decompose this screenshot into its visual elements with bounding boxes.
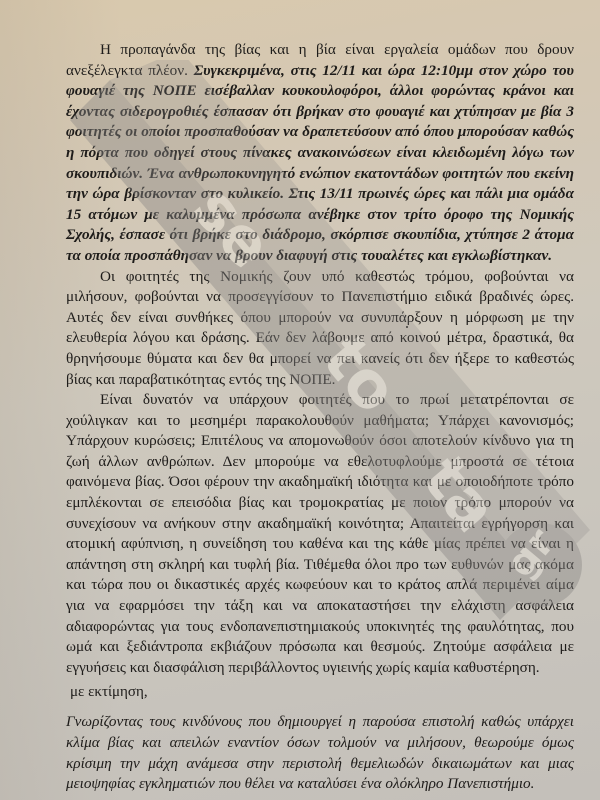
paragraph-students-fear: Οι φοιτητές της Νομικής ζουν υπό καθεστώ…	[66, 267, 574, 391]
letter-body: Η προπαγάνδα της βίας και η βία είναι ερ…	[66, 40, 574, 795]
document-page: Η προπαγάνδα της βίας και η βία είναι ερ…	[0, 0, 600, 800]
paragraph-incident-report: Η προπαγάνδα της βίας και η βία είναι ερ…	[66, 40, 574, 267]
paragraph-2-text: Οι φοιτητές της Νομικής ζουν υπό καθεστώ…	[66, 268, 574, 388]
paragraph-4-text: Γνωρίζοντας τους κινδύνους που δημιουργε…	[66, 713, 574, 792]
closing-salutation: με εκτίμηση,	[70, 684, 148, 701]
paragraph-3-text: Είναι δυνατόν να υπάρχουν φοιτητές που τ…	[66, 391, 574, 676]
paragraph-conclusion: Γνωρίζοντας τους κινδύνους που δημιουργε…	[66, 712, 574, 794]
paragraph-1-incidents: Συγκεκριμένα, στις 12/11 και ώρα 12:10μμ…	[66, 62, 574, 264]
stray-mark	[406, 326, 408, 328]
paragraph-questions: Είναι δυνατόν να υπάρχουν φοιτητές που τ…	[66, 390, 574, 678]
